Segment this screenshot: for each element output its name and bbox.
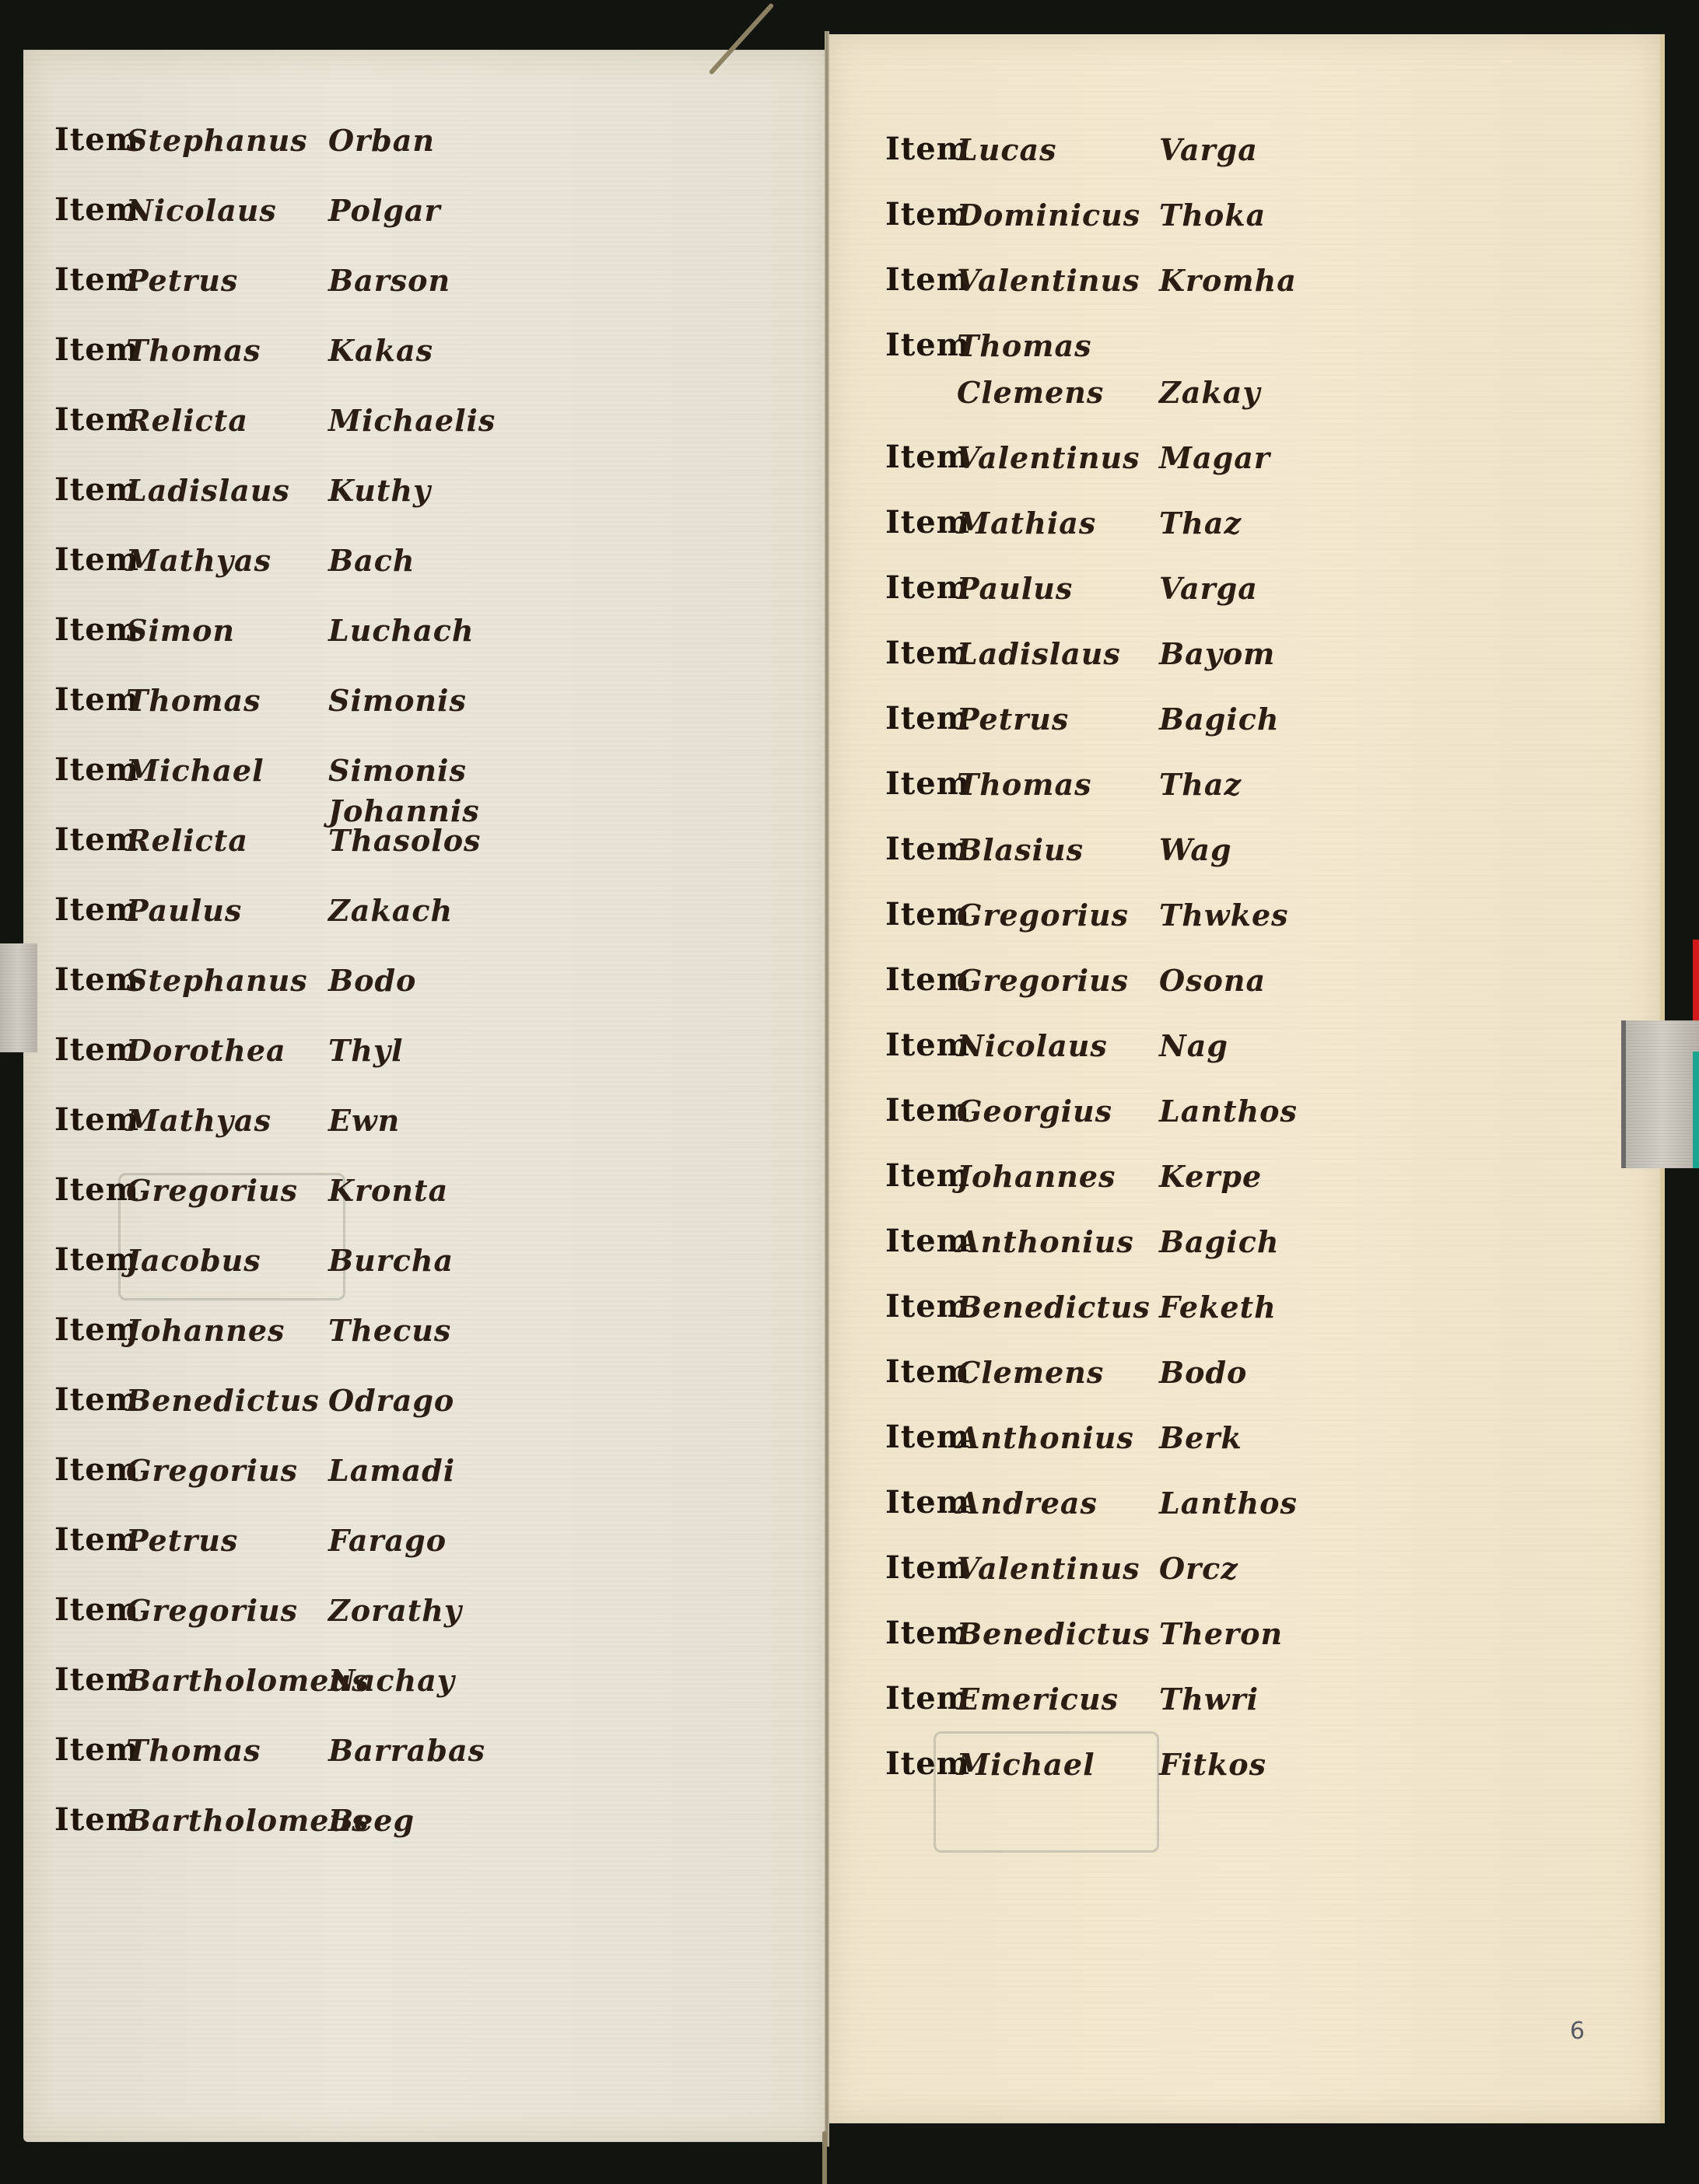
surname: Kuthy bbox=[328, 476, 431, 506]
given-name: Valentinus bbox=[957, 266, 1159, 296]
left-clip-tab bbox=[0, 943, 37, 1052]
surname: Bagich bbox=[1159, 705, 1280, 734]
list-item: ItemPetrusBarson bbox=[54, 226, 490, 296]
given-name: Clemens bbox=[957, 1358, 1159, 1388]
list-item: ItemClemensBodo bbox=[885, 1322, 1321, 1388]
list-item: ItemGregoriusZorathy bbox=[54, 1556, 490, 1626]
list-item: ItemThomasKakas bbox=[54, 296, 490, 366]
item-mark: Item bbox=[885, 899, 957, 930]
list-item: ItemThomas bbox=[885, 296, 1321, 361]
item-mark: Item bbox=[885, 1748, 957, 1780]
item-mark: Item bbox=[54, 194, 126, 226]
surname: Orcz bbox=[1159, 1554, 1238, 1584]
list-item: ItemGregoriusOsona bbox=[885, 930, 1321, 996]
list-item: ItemDorotheaThyl bbox=[54, 996, 490, 1066]
given-name: Benedictus bbox=[957, 1293, 1159, 1322]
given-name: Gregorius bbox=[957, 901, 1159, 930]
given-name: Lucas bbox=[957, 135, 1159, 165]
given-name: Anthonius bbox=[957, 1423, 1159, 1453]
surname: Kakas bbox=[328, 336, 433, 366]
surname: Fitkos bbox=[1159, 1750, 1266, 1780]
list-item: ItemBenedictusFeketh bbox=[885, 1257, 1321, 1322]
given-name: Andreas bbox=[957, 1489, 1159, 1518]
list-item: ItemPaulusVarga bbox=[885, 538, 1321, 604]
given-name: Gregorius bbox=[126, 1176, 328, 1206]
surname: Ewn bbox=[328, 1106, 400, 1136]
item-mark: Item bbox=[54, 614, 126, 646]
list-item: ItemRelictaMichaelis bbox=[54, 366, 490, 436]
book-spine bbox=[825, 31, 829, 2147]
given-name: Gregorius bbox=[126, 1456, 328, 1486]
surname: Osona bbox=[1159, 966, 1266, 996]
list-item: ItemNicolausNag bbox=[885, 996, 1321, 1061]
item-mark: Item bbox=[885, 1552, 957, 1584]
list-item: ItemThomasThaz bbox=[885, 734, 1321, 800]
color-calibration-red bbox=[1693, 940, 1699, 1020]
item-mark: Item bbox=[885, 1683, 957, 1714]
surname: Luchach bbox=[328, 616, 475, 646]
list-item: ItemValentinusMagar bbox=[885, 408, 1321, 473]
list-item: ItemJacobusBurcha bbox=[54, 1206, 490, 1276]
given-name: Benedictus bbox=[957, 1619, 1159, 1649]
given-name: Valentinus bbox=[957, 1554, 1159, 1584]
given-name: Relicta bbox=[126, 406, 328, 436]
surname: Zakay bbox=[1159, 378, 1260, 408]
list-item: ItemGeorgiusLanthos bbox=[885, 1061, 1321, 1126]
given-name: Petrus bbox=[957, 705, 1159, 734]
given-name: Ladislaus bbox=[957, 639, 1159, 669]
list-item: ItemAnthoniusBerk bbox=[885, 1388, 1321, 1453]
given-name: Nicolaus bbox=[957, 1031, 1159, 1061]
list-item: ItemAndreasLanthos bbox=[885, 1453, 1321, 1518]
right-clip-tab bbox=[1621, 1020, 1699, 1168]
surname: Odrago bbox=[328, 1386, 454, 1416]
list-item: ItemMichaelFitkos bbox=[885, 1714, 1321, 1780]
given-name: Relicta bbox=[126, 826, 328, 856]
list-item: ItemStephanusBodo bbox=[54, 926, 490, 996]
item-mark: Item bbox=[885, 330, 957, 361]
surname: Michaelis bbox=[328, 406, 496, 436]
item-mark: Item bbox=[885, 703, 957, 734]
surname: Polgar bbox=[328, 196, 441, 226]
surname: Magar bbox=[1159, 443, 1270, 473]
list-item: ItemNicolausPolgar bbox=[54, 156, 490, 226]
item-mark: Item bbox=[54, 1524, 126, 1556]
given-name: Michael bbox=[957, 1750, 1159, 1780]
given-name: Thomas bbox=[957, 331, 1159, 361]
item-mark: Item bbox=[54, 544, 126, 576]
item-mark: Item bbox=[54, 124, 126, 156]
list-item: ItemPaulusZakach bbox=[54, 856, 490, 926]
item-mark: Item bbox=[54, 1594, 126, 1626]
list-item: ItemThomasSimonis bbox=[54, 646, 490, 716]
given-name: Nicolaus bbox=[126, 196, 328, 226]
given-name: Mathyas bbox=[126, 1106, 328, 1136]
given-name: Gregorius bbox=[126, 1596, 328, 1626]
list-item: ItemJohannesThecus bbox=[54, 1276, 490, 1346]
list-item: ItemBenedictusTheron bbox=[885, 1584, 1321, 1649]
list-item: ItemMathiasThaz bbox=[885, 473, 1321, 538]
surname: Burcha bbox=[328, 1246, 454, 1276]
item-mark: Item bbox=[885, 199, 957, 230]
given-name: Gregorius bbox=[957, 966, 1159, 996]
given-name: Petrus bbox=[126, 1526, 328, 1556]
list-item: ItemGregoriusLamadi bbox=[54, 1416, 490, 1486]
given-name: Johannes bbox=[126, 1316, 328, 1346]
item-mark: Item bbox=[885, 1487, 957, 1518]
list-item: ItemBenedictusOdrago bbox=[54, 1346, 490, 1416]
given-name: Paulus bbox=[957, 574, 1159, 604]
color-calibration-teal bbox=[1693, 1052, 1699, 1168]
list-item: ItemLadislausBayom bbox=[885, 604, 1321, 669]
surname: Bagich bbox=[1159, 1227, 1280, 1257]
list-item: ItemBartholomeusBeeg bbox=[54, 1766, 490, 1836]
right-name-list: ItemLucasVarga ItemDominicusThoka ItemVa… bbox=[885, 100, 1321, 1780]
surname: Thwri bbox=[1159, 1685, 1259, 1714]
given-name: Stephanus bbox=[126, 966, 328, 996]
item-mark: Item bbox=[885, 1030, 957, 1061]
given-name: Dominicus bbox=[957, 201, 1159, 230]
item-mark: Item bbox=[54, 1734, 126, 1766]
item-mark: Item bbox=[54, 334, 126, 366]
item-mark: Item bbox=[54, 754, 126, 786]
item-mark: Item bbox=[885, 264, 957, 296]
item-mark: Item bbox=[54, 1664, 126, 1696]
surname: Lamadi bbox=[328, 1456, 455, 1486]
item-mark: Item bbox=[885, 1095, 957, 1126]
surname: Lanthos bbox=[1159, 1097, 1298, 1126]
list-item: ItemStephanusOrban bbox=[54, 86, 490, 156]
binding-thread-bottom bbox=[822, 2131, 827, 2184]
list-item: ItemPetrusFarago bbox=[54, 1486, 490, 1556]
given-name: Bartholomeus bbox=[126, 1806, 328, 1836]
item-mark: Item bbox=[54, 474, 126, 506]
surname: Kronta bbox=[328, 1176, 448, 1206]
surname: Simonis bbox=[328, 756, 467, 786]
item-mark: Item bbox=[54, 1034, 126, 1066]
folio-number: 6 bbox=[1570, 2018, 1585, 2045]
list-item: ItemAnthoniusBagich bbox=[885, 1192, 1321, 1257]
list-item: ItemGregoriusThwkes bbox=[885, 865, 1321, 930]
surname: Thwkes bbox=[1159, 901, 1289, 930]
surname: Zakach bbox=[328, 896, 453, 926]
item-mark: Item bbox=[54, 404, 126, 436]
list-item: ItemMathyasBach bbox=[54, 506, 490, 576]
list-item: ItemJohannesKerpe bbox=[885, 1126, 1321, 1192]
surname: Zorathy bbox=[328, 1596, 462, 1626]
surname: Beeg bbox=[328, 1806, 415, 1836]
surname: Wag bbox=[1159, 835, 1232, 865]
given-name: Dorothea bbox=[126, 1036, 328, 1066]
given-name: Benedictus bbox=[126, 1386, 328, 1416]
list-item: ItemValentinusOrcz bbox=[885, 1518, 1321, 1584]
given-name: Anthonius bbox=[957, 1227, 1159, 1257]
given-name: Thomas bbox=[957, 770, 1159, 800]
item-mark: Item bbox=[54, 1104, 126, 1136]
list-item: ItemRelictaJohannis Thasolos bbox=[54, 786, 490, 856]
surname: Bayom bbox=[1159, 639, 1275, 669]
item-mark: Item bbox=[54, 1384, 126, 1416]
surname: Farago bbox=[328, 1526, 447, 1556]
surname: Varga bbox=[1159, 135, 1258, 165]
list-item: ItemBartholomeusNachay bbox=[54, 1626, 490, 1696]
item-mark: Item bbox=[54, 894, 126, 926]
item-mark: Item bbox=[54, 1174, 126, 1206]
given-name: Emericus bbox=[957, 1685, 1159, 1714]
item-mark: Item bbox=[54, 1454, 126, 1486]
list-item: ItemLadislausKuthy bbox=[54, 436, 490, 506]
surname: Varga bbox=[1159, 574, 1258, 604]
item-mark: Item bbox=[885, 572, 957, 604]
surname: Barson bbox=[328, 266, 450, 296]
given-name: Thomas bbox=[126, 336, 328, 366]
given-name: Thomas bbox=[126, 686, 328, 716]
surname: Orban bbox=[328, 126, 435, 156]
surname: Barrabas bbox=[328, 1736, 485, 1766]
given-name: Thomas bbox=[126, 1736, 328, 1766]
surname: Nachay bbox=[328, 1666, 455, 1696]
item-mark: Item bbox=[54, 824, 126, 856]
item-mark: Item bbox=[885, 834, 957, 865]
given-name: Stephanus bbox=[126, 126, 328, 156]
given-name: Georgius bbox=[957, 1097, 1159, 1126]
list-item: ClemensZakay bbox=[885, 361, 1321, 408]
item-mark: Item bbox=[885, 1618, 957, 1649]
surname: Simonis bbox=[328, 686, 467, 716]
left-name-list: ItemStephanusOrban ItemNicolausPolgar It… bbox=[54, 86, 490, 1836]
given-name: Bartholomeus bbox=[126, 1666, 328, 1696]
given-name: Ladislaus bbox=[126, 476, 328, 506]
surname: Bodo bbox=[328, 966, 416, 996]
list-item: ItemDominicusThoka bbox=[885, 165, 1321, 230]
surname: Feketh bbox=[1159, 1293, 1277, 1322]
surname: Thaz bbox=[1159, 770, 1242, 800]
given-name: Blasius bbox=[957, 835, 1159, 865]
list-item: ItemEmericusThwri bbox=[885, 1649, 1321, 1714]
given-name: Clemens bbox=[957, 378, 1159, 408]
item-mark: Item bbox=[885, 1291, 957, 1322]
surname: Theron bbox=[1159, 1619, 1283, 1649]
item-mark: Item bbox=[885, 1226, 957, 1257]
item-mark: Item bbox=[885, 507, 957, 538]
item-mark: Item bbox=[885, 442, 957, 473]
list-item: ItemLucasVarga bbox=[885, 100, 1321, 165]
surname: Bach bbox=[328, 546, 415, 576]
item-mark: Item bbox=[885, 1356, 957, 1388]
given-name: Mathias bbox=[957, 509, 1159, 538]
surname: Thaz bbox=[1159, 509, 1242, 538]
given-name: Petrus bbox=[126, 266, 328, 296]
given-name: Jacobus bbox=[126, 1246, 328, 1276]
surname: Kerpe bbox=[1159, 1162, 1262, 1192]
item-mark: Item bbox=[54, 1804, 126, 1836]
surname: Bodo bbox=[1159, 1358, 1247, 1388]
surname: Johannis Thasolos bbox=[328, 796, 490, 856]
list-item: ItemSimonLuchach bbox=[54, 576, 490, 646]
item-mark: Item bbox=[54, 264, 126, 296]
item-mark: Item bbox=[885, 1160, 957, 1192]
list-item: ItemThomasBarrabas bbox=[54, 1696, 490, 1766]
list-item: ItemPetrusBagich bbox=[885, 669, 1321, 734]
surname: Lanthos bbox=[1159, 1489, 1298, 1518]
item-mark: Item bbox=[54, 684, 126, 716]
list-item: ItemMichaelSimonis bbox=[54, 716, 490, 786]
item-mark: Item bbox=[885, 134, 957, 165]
list-item: ItemValentinusKromha bbox=[885, 230, 1321, 296]
item-mark: Item bbox=[54, 964, 126, 996]
list-item: ItemBlasiusWag bbox=[885, 800, 1321, 865]
given-name: Mathyas bbox=[126, 546, 328, 576]
item-mark: Item bbox=[885, 768, 957, 800]
surname: Thecus bbox=[328, 1316, 451, 1346]
given-name: Paulus bbox=[126, 896, 328, 926]
given-name: Michael bbox=[126, 756, 328, 786]
item-mark: Item bbox=[54, 1314, 126, 1346]
given-name: Valentinus bbox=[957, 443, 1159, 473]
given-name: Simon bbox=[126, 616, 328, 646]
item-mark: Item bbox=[885, 638, 957, 669]
list-item: ItemGregoriusKronta bbox=[54, 1136, 490, 1206]
surname: Thyl bbox=[328, 1036, 403, 1066]
item-mark: Item bbox=[54, 1244, 126, 1276]
surname: Thoka bbox=[1159, 201, 1266, 230]
surname: Kromha bbox=[1159, 266, 1297, 296]
item-mark: Item bbox=[885, 964, 957, 996]
surname: Berk bbox=[1159, 1423, 1242, 1453]
list-item: ItemMathyasEwn bbox=[54, 1066, 490, 1136]
surname: Nag bbox=[1159, 1031, 1228, 1061]
item-mark: Item bbox=[885, 1422, 957, 1453]
given-name: Johannes bbox=[957, 1162, 1159, 1192]
